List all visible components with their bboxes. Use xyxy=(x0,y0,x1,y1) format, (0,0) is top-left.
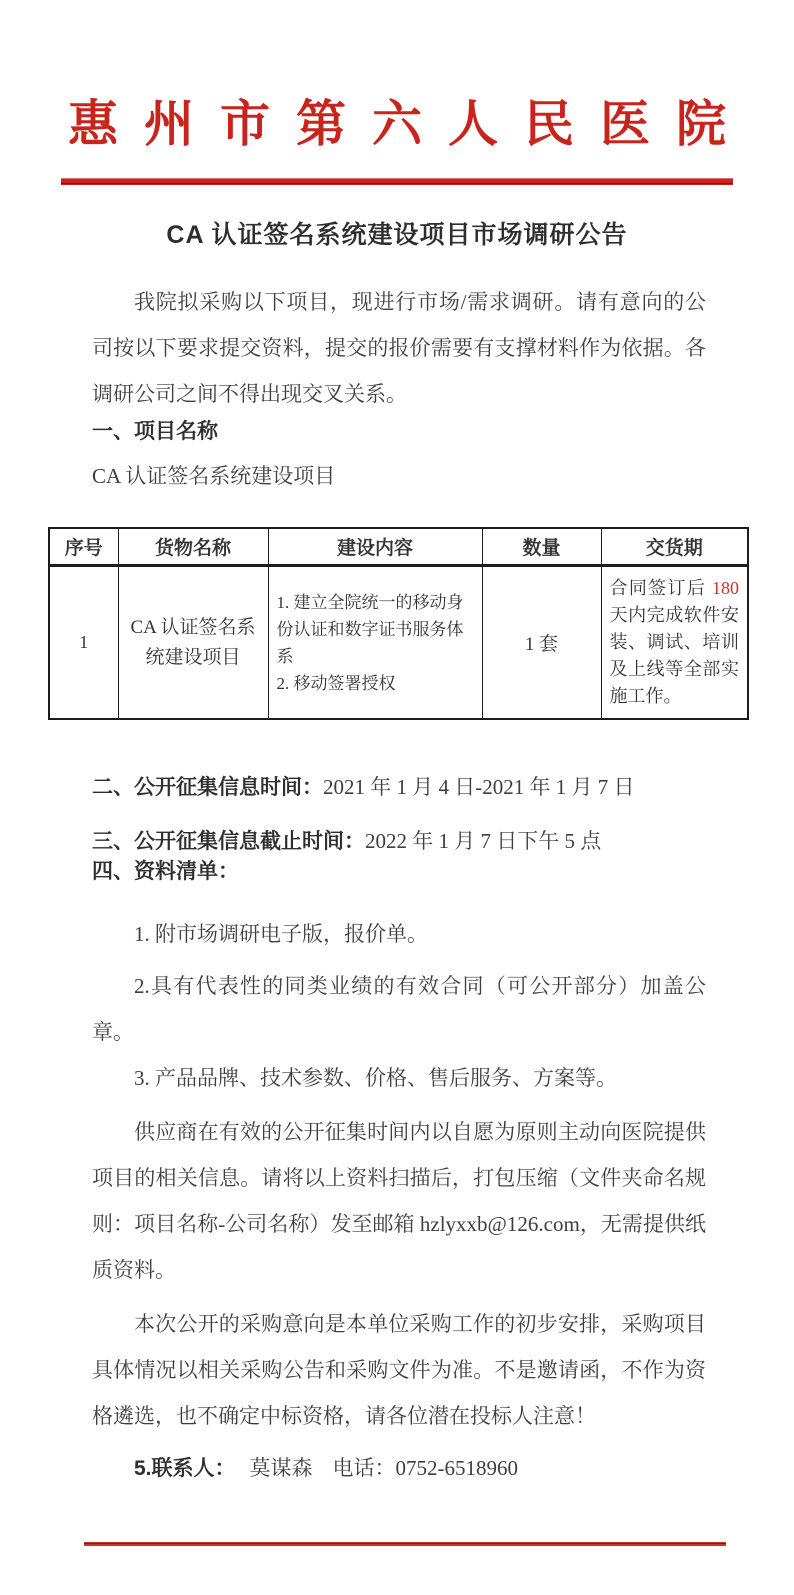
table-header-row: 序号 货物名称 建设内容 数量 交货期 xyxy=(49,528,748,566)
cell-content: 1. 建立全院统一的移动身份认证和数字证书服务体系 2. 移动签署授权 xyxy=(268,566,482,720)
col-header-goods-name: 货物名称 xyxy=(118,528,268,566)
document-page: 惠州市第六人民医院 CA 认证签名系统建设项目市场调研公告 我院拟采购以下项目，… xyxy=(0,0,794,1595)
cell-goods-name: CA 认证签名系统建设项目 xyxy=(118,566,268,720)
cell-quantity: 1 套 xyxy=(482,566,601,720)
section-2-line: 二、公开征集信息时间：2021 年 1 月 4 日-2021 年 1 月 7 日 xyxy=(92,772,706,803)
col-header-index: 序号 xyxy=(49,528,118,566)
intro-paragraph: 我院拟采购以下项目，现进行市场/需求调研。请有意向的公司按以下要求提交资料，提交… xyxy=(92,279,706,417)
section-1-heading: 一、项目名称 xyxy=(92,417,706,447)
body-column-lower: 二、公开征集信息时间：2021 年 1 月 4 日-2021 年 1 月 7 日… xyxy=(0,772,794,1486)
cell-index: 1 xyxy=(49,566,118,720)
section-3-value: 2022 年 1 月 7 日下午 5 点 xyxy=(365,829,601,853)
col-header-delivery: 交货期 xyxy=(601,528,748,566)
header-divider xyxy=(61,178,733,185)
section-3-line: 三、公开征集信息截止时间：2022 年 1 月 7 日下午 5 点 xyxy=(92,826,706,857)
contact-name: 莫谋森 xyxy=(250,1456,313,1480)
page-title: CA 认证签名系统建设项目市场调研公告 xyxy=(0,218,794,252)
contact-phone-number: 0752-6518960 xyxy=(396,1456,519,1480)
contact-label: 5.联系人： xyxy=(134,1457,236,1480)
section-2-heading: 二、公开征集信息时间： xyxy=(92,776,323,799)
body-column: 我院拟采购以下项目，现进行市场/需求调研。请有意向的公司按以下要求提交资料，提交… xyxy=(0,279,794,491)
content-item-1: 1. 建立全院统一的移动身份认证和数字证书服务体系 xyxy=(277,589,474,670)
list-item-2: 2.具有代表性的同类业绩的有效合同（可公开部分）加盖公章。 xyxy=(92,963,706,1055)
goods-table: 序号 货物名称 建设内容 数量 交货期 1 CA 认证签名系统建设项目 1. 建… xyxy=(48,527,749,720)
supplier-paragraph: 供应商在有效的公开征集时间内以自愿为原则主动向医院提供项目的相关信息。请将以上资… xyxy=(92,1109,706,1293)
contact-line: 5.联系人：莫谋森电话：0752-6518960 xyxy=(92,1451,706,1486)
notice-paragraph: 本次公开的采购意向是本单位采购工作的初步安排，采购项目具体情况以相关采购公告和采… xyxy=(92,1301,706,1439)
section-3-heading: 三、公开征集信息截止时间： xyxy=(92,830,365,853)
list-item-3: 3. 产品品牌、技术参数、价格、售后服务、方案等。 xyxy=(92,1055,706,1101)
footer-divider xyxy=(84,1542,726,1546)
delivery-text-suffix: 天内完成软件安装、调试、培训及上线等全部实施工作。 xyxy=(610,605,740,706)
project-name-text: CA 认证签名系统建设项目 xyxy=(92,461,706,491)
col-header-content: 建设内容 xyxy=(268,528,482,566)
delivery-text-prefix: 合同签订后 xyxy=(610,578,713,598)
list-item-1: 1. 附市场调研电子版，报价单。 xyxy=(92,911,706,957)
cell-delivery: 合同签订后 180 天内完成软件安装、调试、培训及上线等全部实施工作。 xyxy=(601,566,748,720)
section-2-value: 2021 年 1 月 4 日-2021 年 1 月 7 日 xyxy=(323,775,635,799)
delivery-days-highlight: 180 xyxy=(712,578,739,598)
content-item-2: 2. 移动签署授权 xyxy=(277,670,474,697)
col-header-quantity: 数量 xyxy=(482,528,601,566)
contact-phone-label: 电话： xyxy=(333,1456,396,1480)
section-4-heading: 四、资料清单： xyxy=(92,857,706,887)
table-row: 1 CA 认证签名系统建设项目 1. 建立全院统一的移动身份认证和数字证书服务体… xyxy=(49,566,748,720)
hospital-name: 惠州市第六人民医院 xyxy=(0,90,794,158)
